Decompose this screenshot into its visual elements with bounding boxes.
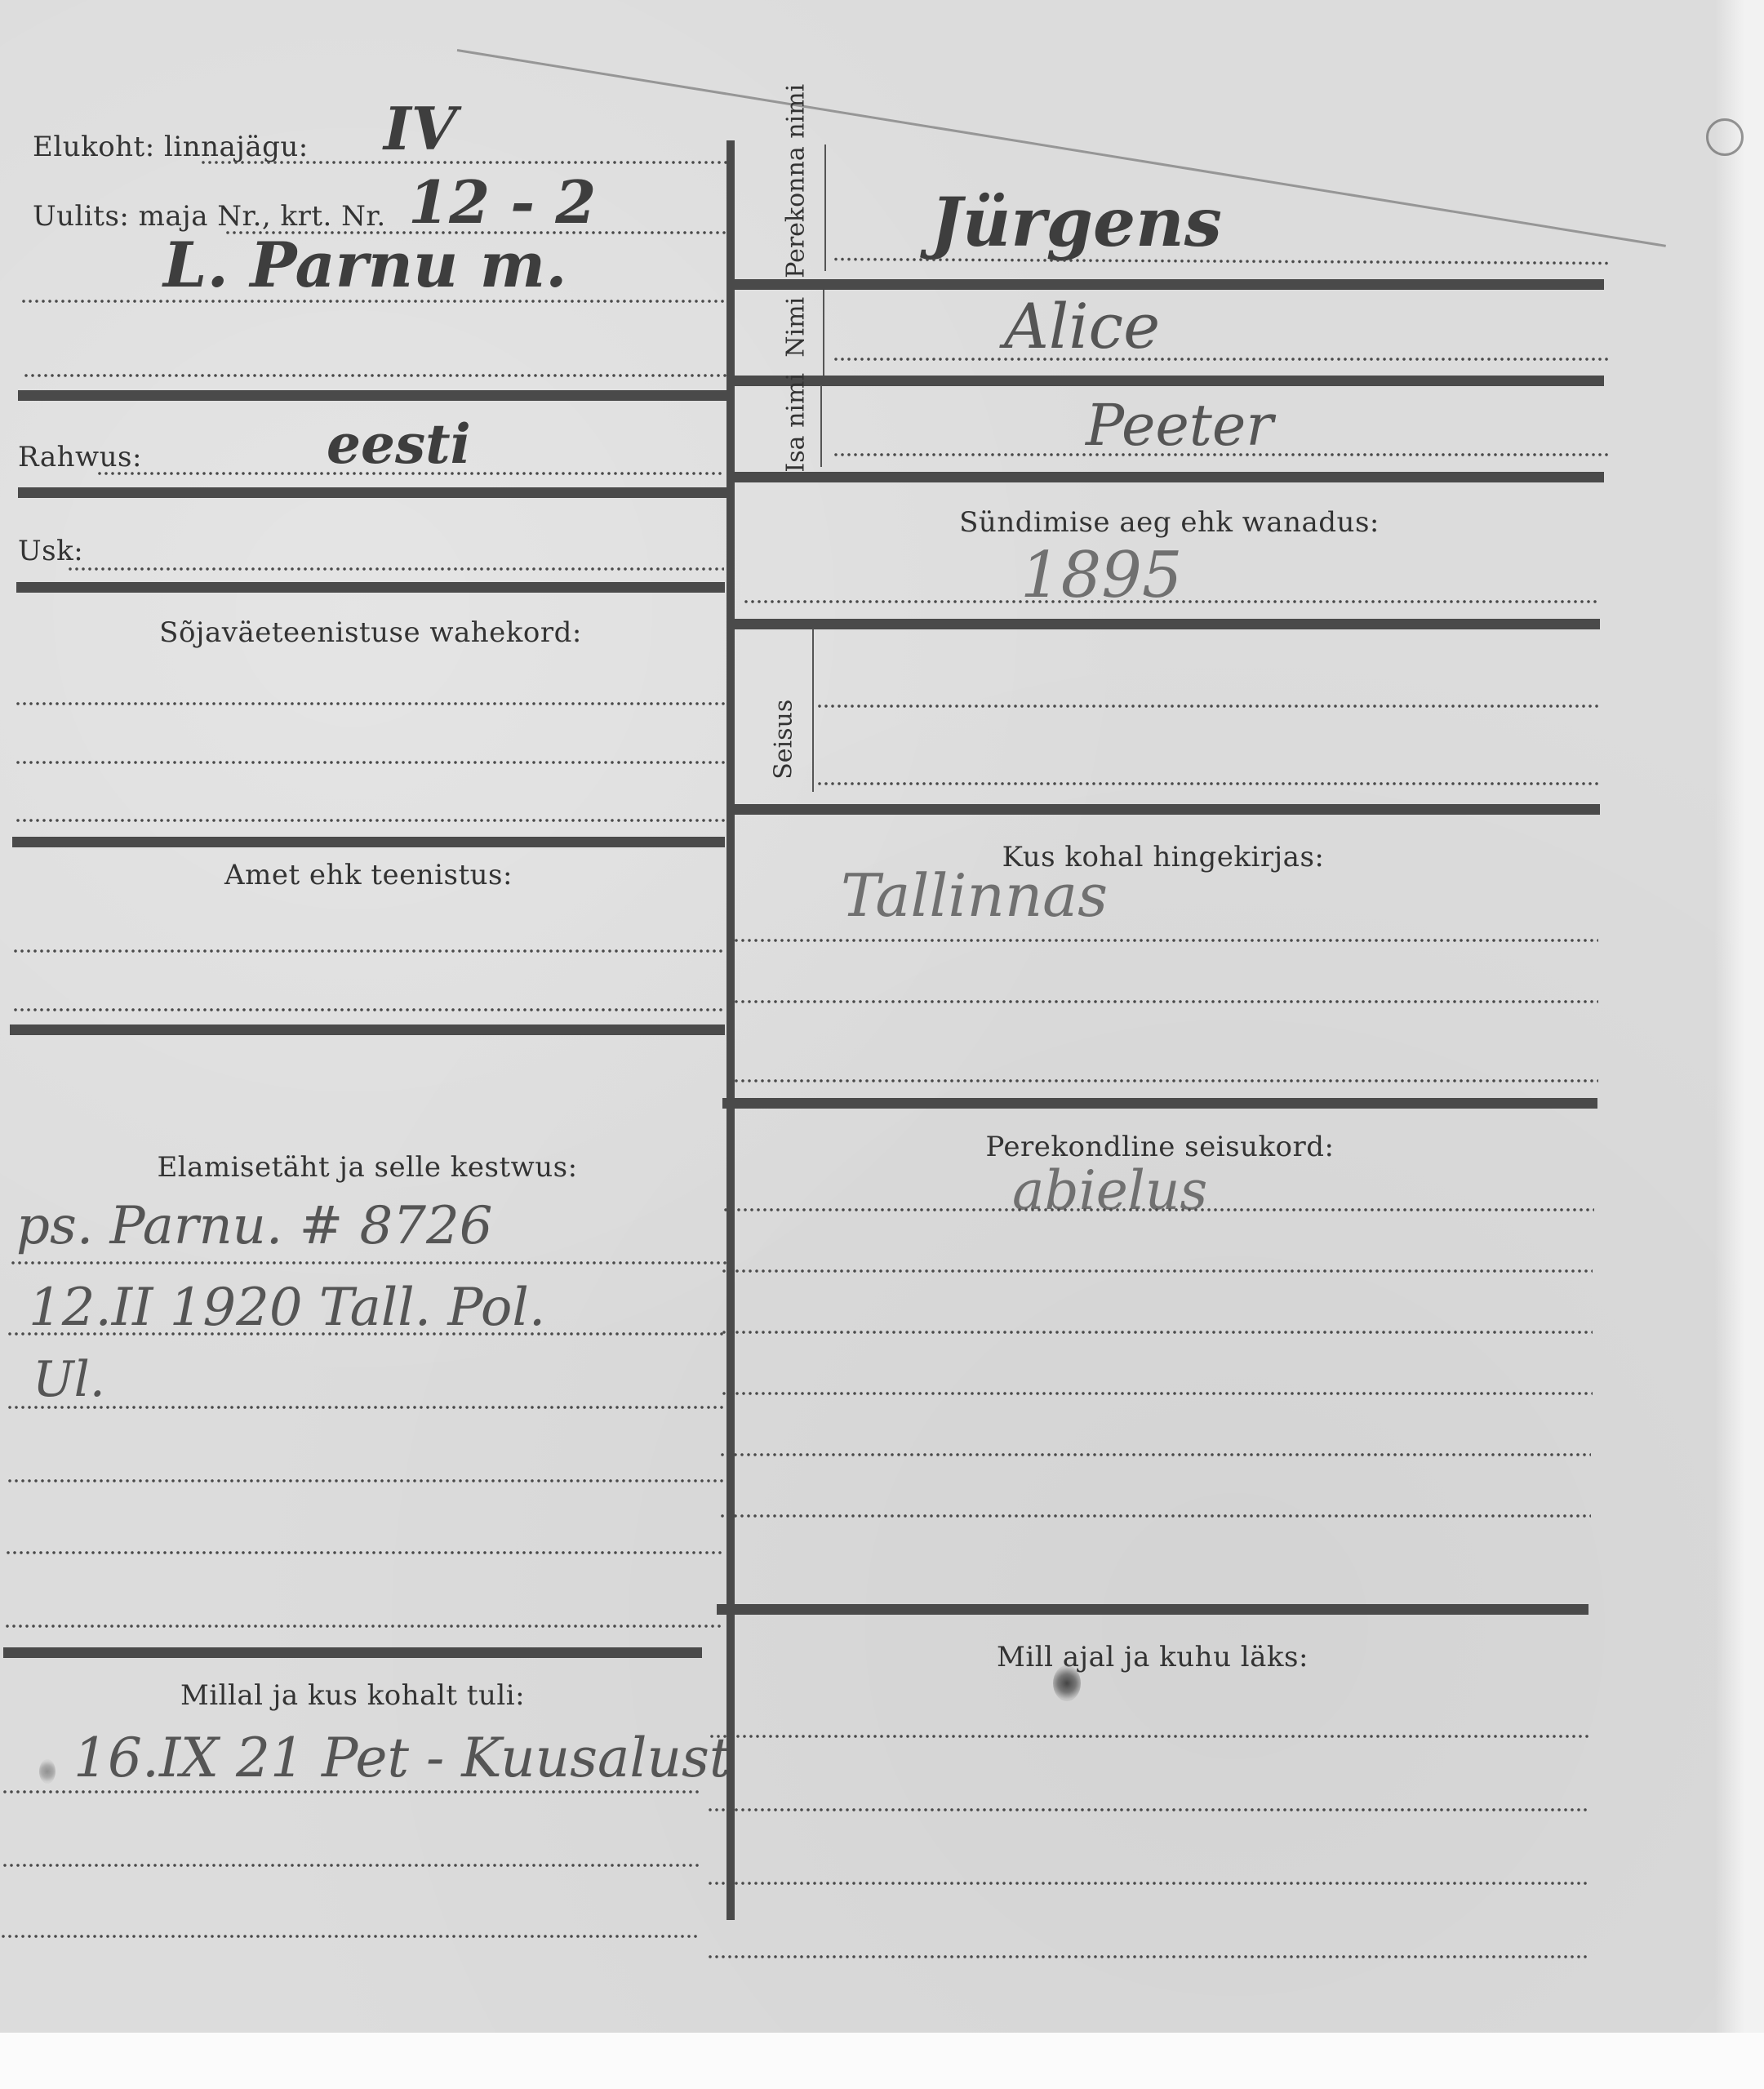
value-residence-permit-line2: 12.II 1920 Tall. Pol.: [29, 1278, 545, 1338]
ink-blot: [1053, 1665, 1081, 1701]
label-column-divider: [823, 290, 824, 376]
value-residence-permit-line1: ps. Parnu. # 8726: [16, 1196, 492, 1256]
dotted-line: [20, 300, 726, 303]
label-military-service: Sõjaväeteenistuse wahekord:: [16, 616, 725, 649]
dotted-line: [733, 939, 1598, 942]
dotted-line: [7, 1332, 725, 1336]
label-column-divider: [812, 629, 814, 792]
section-divider: [10, 1024, 725, 1035]
section-divider: [18, 390, 726, 401]
label-nationality: Rahwus:: [18, 441, 142, 473]
label-birth: Sündimise aeg ehk wanadus:: [735, 506, 1604, 539]
value-first-name: Alice: [1004, 290, 1160, 362]
dotted-line: [200, 161, 726, 164]
value-arrived: 16.IX 21 Pet - Kuusalust: [73, 1727, 731, 1789]
label-residence-permit: Elamisetäht ja selle kestwus:: [10, 1151, 725, 1184]
label-father-name: Isa nimi: [783, 370, 809, 476]
value-house-apt: 12 - 2: [408, 167, 596, 237]
section-divider: [722, 1098, 1597, 1109]
dotted-line: [721, 1331, 1593, 1334]
dotted-line: [0, 1935, 698, 1938]
section-divider: [717, 1604, 1588, 1615]
dotted-line: [15, 819, 725, 822]
dotted-line: [833, 453, 1608, 456]
dotted-line: [15, 761, 725, 764]
dotted-line: [721, 1392, 1593, 1395]
stamp-mark-icon: [1706, 118, 1744, 156]
label-marital-status: Perekondline seisukord:: [722, 1131, 1597, 1163]
value-surname: Jürgens: [931, 184, 1222, 262]
section-divider: [18, 487, 726, 498]
dotted-line: [722, 1208, 1594, 1211]
value-father-name: Peeter: [1086, 392, 1273, 459]
dotted-line: [12, 949, 722, 953]
dotted-line: [7, 1479, 723, 1482]
label-departed: Mill ajal ja kuhu läks:: [717, 1641, 1588, 1673]
label-arrived: Millal ja kus kohalt tuli:: [3, 1679, 702, 1712]
torn-edge: [1715, 0, 1764, 2033]
dotted-line: [707, 1808, 1588, 1811]
value-registered-in: Tallinnas: [841, 861, 1108, 930]
dotted-line: [96, 472, 725, 475]
dotted-line: [4, 1625, 721, 1628]
section-divider: [735, 279, 1604, 290]
dotted-line: [5, 1551, 722, 1554]
section-divider: [731, 619, 1600, 629]
label-occupation: Amet ehk teenistus:: [12, 859, 725, 891]
dotted-line: [2, 1864, 700, 1867]
dotted-line: [23, 374, 726, 377]
dotted-line: [833, 358, 1608, 361]
dotted-line: [719, 1514, 1591, 1518]
dotted-line: [7, 1406, 725, 1409]
dotted-line: [816, 782, 1600, 785]
dotted-line: [707, 1955, 1588, 1958]
value-city-district: IV: [384, 94, 457, 163]
dotted-line: [2, 1790, 700, 1793]
label-column-divider: [820, 385, 822, 467]
label-status: Seisus: [771, 691, 797, 789]
ink-blot: [39, 1759, 56, 1784]
dotted-line: [733, 1000, 1598, 1003]
value-nationality: eesti: [327, 412, 471, 476]
dotted-line: [733, 1079, 1598, 1082]
dotted-line: [707, 1882, 1588, 1885]
value-street: L. Parnu m.: [163, 229, 567, 301]
dotted-line: [816, 704, 1600, 708]
section-divider: [735, 376, 1604, 386]
dotted-line: [12, 1008, 722, 1011]
dotted-line: [709, 1735, 1590, 1738]
dotted-line: [721, 1269, 1593, 1273]
label-religion: Usk:: [18, 535, 83, 567]
value-residence-permit-line3: Ul.: [33, 1351, 105, 1408]
section-divider: [16, 582, 725, 593]
value-marital-status: abielus: [1012, 1159, 1207, 1222]
dotted-line: [743, 600, 1600, 603]
section-divider: [726, 804, 1600, 815]
section-divider: [735, 472, 1604, 482]
dotted-line: [10, 1261, 726, 1265]
label-surname: Perekonna nimi: [783, 123, 809, 278]
label-street: Uulits: maja Nr., krt. Nr.: [33, 200, 386, 233]
section-divider: [12, 837, 725, 847]
label-city-district: Elukoht: linnajägu:: [33, 131, 309, 163]
dotted-line: [719, 1453, 1591, 1456]
dotted-line: [15, 702, 725, 705]
dotted-line: [67, 567, 724, 571]
label-first-name: Nimi: [783, 270, 809, 384]
section-divider: [3, 1647, 702, 1658]
label-column-divider: [824, 144, 826, 271]
